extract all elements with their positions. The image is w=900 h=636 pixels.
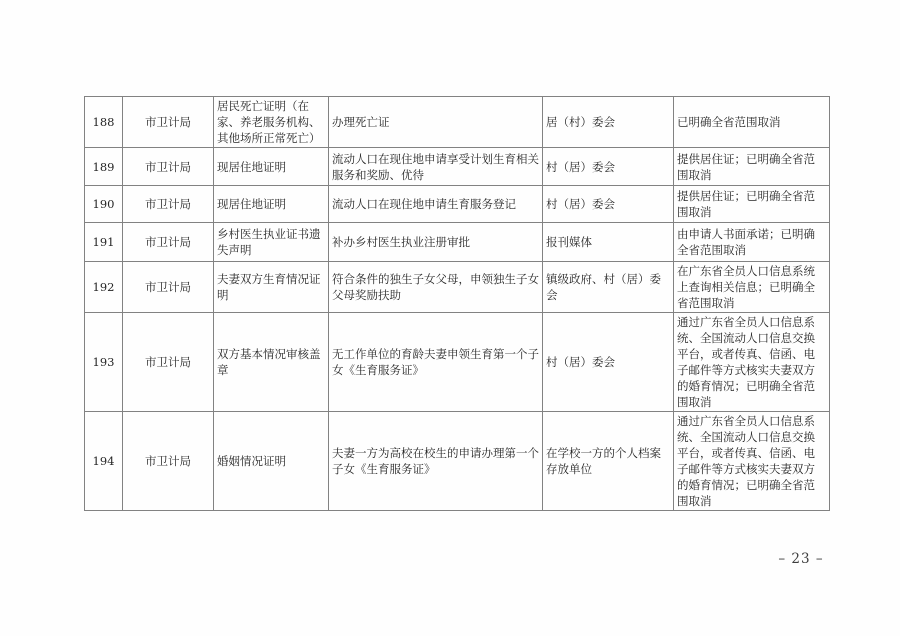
cell-department: 市卫计局 [123,186,214,223]
cell-certificate: 居民死亡证明（在家、养老服务机构、其他场所正常死亡） [214,97,329,148]
cell-purpose: 符合条件的独生子女父母，申领独生子女父母奖励扶助 [329,262,543,313]
cell-certificate: 夫妻双方生育情况证明 [214,262,329,313]
table-row: 190 市卫计局 现居住地证明 流动人口在现住地申请生育服务登记 村（居）委会 … [85,186,830,223]
cell-purpose: 流动人口在现住地申请生育服务登记 [329,186,543,223]
table-row: 189 市卫计局 现居住地证明 流动人口在现住地申请享受计划生育相关服务和奖励、… [85,148,830,186]
cell-purpose: 补办乡村医生执业注册审批 [329,223,543,262]
cell-seq: 189 [85,148,123,186]
table-row: 194 市卫计局 婚姻情况证明 夫妻一方为高校在校生的申请办理第一个子女《生育服… [85,412,830,511]
cell-issuing-unit: 村（居）委会 [543,148,674,186]
cell-seq: 188 [85,97,123,148]
cell-certificate: 现居住地证明 [214,148,329,186]
cell-remark: 通过广东省全员人口信息系统、全国流动人口信息交换平台，或者传真、信函、电子邮件等… [674,412,830,511]
table-row: 188 市卫计局 居民死亡证明（在家、养老服务机构、其他场所正常死亡） 办理死亡… [85,97,830,148]
cell-purpose: 无工作单位的育龄夫妻申领生育第一个子女《生育服务证》 [329,313,543,412]
document-page: 188 市卫计局 居民死亡证明（在家、养老服务机构、其他场所正常死亡） 办理死亡… [0,0,900,636]
cell-issuing-unit: 镇级政府、村（居）委会 [543,262,674,313]
cell-remark: 已明确全省范围取消 [674,97,830,148]
cell-issuing-unit: 村（居）委会 [543,186,674,223]
table-row: 193 市卫计局 双方基本情况审核盖章 无工作单位的育龄夫妻申领生育第一个子女《… [85,313,830,412]
cell-department: 市卫计局 [123,97,214,148]
cell-department: 市卫计局 [123,313,214,412]
cell-remark: 在广东省全员人口信息系统上查询相关信息；已明确全省范围取消 [674,262,830,313]
cell-department: 市卫计局 [123,262,214,313]
table-row: 192 市卫计局 夫妻双方生育情况证明 符合条件的独生子女父母，申领独生子女父母… [85,262,830,313]
cell-seq: 190 [85,186,123,223]
cell-issuing-unit: 村（居）委会 [543,313,674,412]
cell-purpose: 办理死亡证 [329,97,543,148]
cell-certificate: 现居住地证明 [214,186,329,223]
cell-seq: 192 [85,262,123,313]
cell-seq: 193 [85,313,123,412]
cell-issuing-unit: 居（村）委会 [543,97,674,148]
cell-certificate: 婚姻情况证明 [214,412,329,511]
table-row: 191 市卫计局 乡村医生执业证书遗失声明 补办乡村医生执业注册审批 报刊媒体 … [85,223,830,262]
cell-department: 市卫计局 [123,223,214,262]
cell-seq: 191 [85,223,123,262]
cell-issuing-unit: 在学校一方的个人档案存放单位 [543,412,674,511]
cell-remark: 提供居住证；已明确全省范围取消 [674,148,830,186]
cell-remark: 提供居住证；已明确全省范围取消 [674,186,830,223]
cell-remark: 通过广东省全员人口信息系统、全国流动人口信息交换平台，或者传真、信函、电子邮件等… [674,313,830,412]
page-number: – 23 – [760,551,842,567]
cell-purpose: 流动人口在现住地申请享受计划生育相关服务和奖励、优待 [329,148,543,186]
cell-remark: 由申请人书面承诺；已明确全省范围取消 [674,223,830,262]
cell-department: 市卫计局 [123,148,214,186]
cell-issuing-unit: 报刊媒体 [543,223,674,262]
cell-seq: 194 [85,412,123,511]
cancelled-certificates-table: 188 市卫计局 居民死亡证明（在家、养老服务机构、其他场所正常死亡） 办理死亡… [84,96,830,511]
cell-purpose: 夫妻一方为高校在校生的申请办理第一个子女《生育服务证》 [329,412,543,511]
cell-department: 市卫计局 [123,412,214,511]
cell-certificate: 双方基本情况审核盖章 [214,313,329,412]
cell-certificate: 乡村医生执业证书遗失声明 [214,223,329,262]
